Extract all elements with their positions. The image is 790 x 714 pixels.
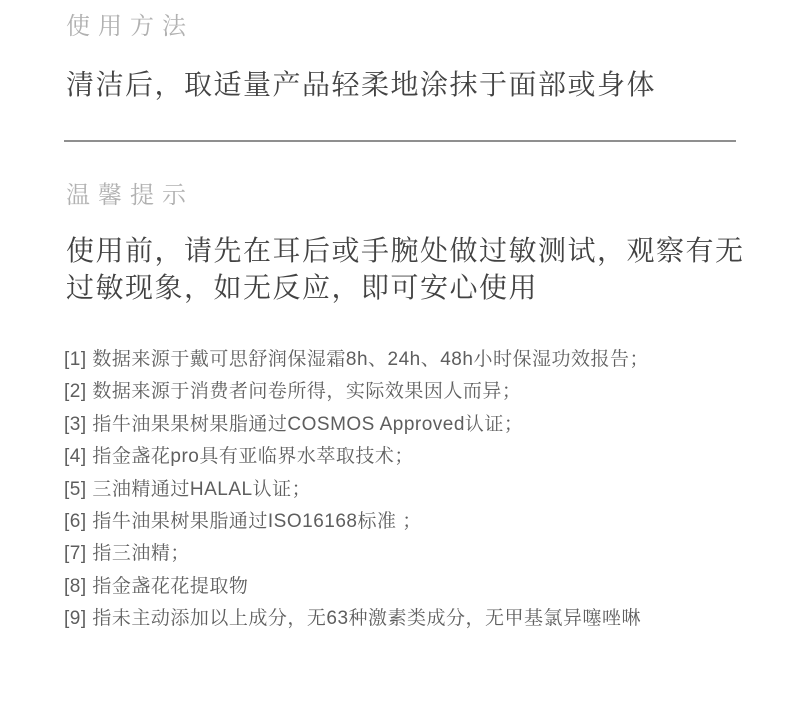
footnote-list: [1] 数据来源于戴可思舒润保湿霜8h、24h、48h小时保湿功效报告； [2]… xyxy=(64,344,649,636)
footnote-item: [7] 指三油精； xyxy=(64,538,649,570)
footnote-item: [6] 指牛油果树果脂通过ISO16168标准 ； xyxy=(64,506,649,538)
footnote-item: [4] 指金盏花pro具有亚临界水萃取技术； xyxy=(64,441,649,473)
footnote-item: [3] 指牛油果果树果脂通过COSMOS Approved认证； xyxy=(64,409,649,441)
footnote-item: [8] 指金盏花花提取物 xyxy=(64,571,649,603)
allergy-tip-line-2: 过敏现象，如无反应，即可安心使用 xyxy=(66,272,538,303)
usage-instructions-text: 清洁后，取适量产品轻柔地涂抹于面部或身体 xyxy=(66,70,656,100)
usage-section-title: 使用方法 xyxy=(66,14,194,40)
allergy-tip-line-1: 使用前，请先在耳后或手腕处做过敏测试，观察有无 xyxy=(66,235,745,266)
footnote-item: [5] 三油精通过HALAL认证； xyxy=(64,474,649,506)
footnote-item: [9] 指未主动添加以上成分，无63种激素类成分，无甲基氯异噻唑啉 xyxy=(64,603,649,635)
product-description-section: 使用方法 清洁后，取适量产品轻柔地涂抹于面部或身体 温馨提示 使用前，请先在耳后… xyxy=(0,0,790,714)
footnote-item: [2] 数据来源于消费者问卷所得，实际效果因人而异； xyxy=(64,376,649,408)
section-divider xyxy=(64,140,736,142)
footnote-item: [1] 数据来源于戴可思舒润保湿霜8h、24h、48h小时保湿功效报告； xyxy=(64,344,649,376)
tips-section-title: 温馨提示 xyxy=(66,183,194,209)
allergy-tip-text: 使用前，请先在耳后或手腕处做过敏测试，观察有无过敏现象，如无反应，即可安心使用 xyxy=(66,232,745,306)
